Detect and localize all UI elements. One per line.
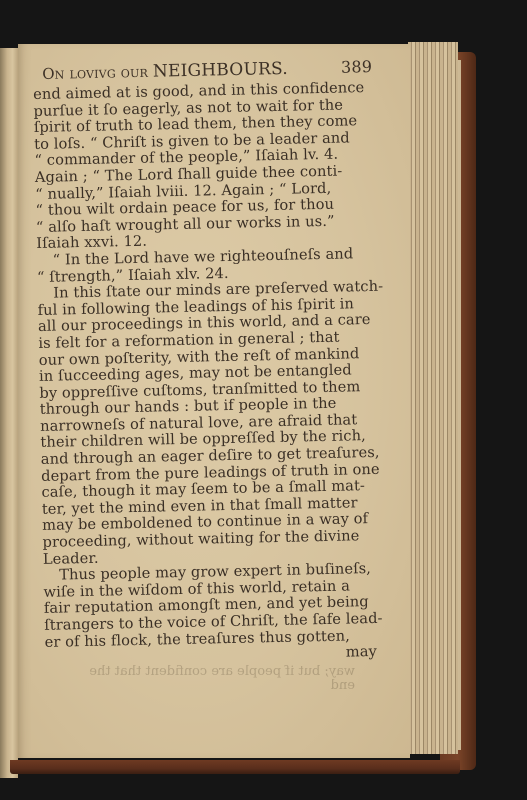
show-through-line: way; but if people are confident that th… [55, 665, 355, 679]
show-through-line: end [55, 679, 355, 693]
body-text: end aimed at is good, and in this confid… [33, 80, 395, 668]
page-number: 389 [341, 57, 373, 77]
facing-page-edge [0, 48, 18, 778]
show-through-text: way; but if people are confident that th… [55, 665, 355, 693]
running-head-title: On lovivg our NEIGHBOURS. [42, 59, 288, 84]
book-photo-background: On lovivg our NEIGHBOURS. 389 end aimed … [0, 0, 527, 800]
running-head-prefix: On lovivg our [42, 63, 148, 83]
running-head-main: NEIGHBOURS. [153, 59, 288, 82]
page-stack-fore-edge [408, 42, 458, 754]
book-cover-bottom-edge [10, 760, 460, 774]
